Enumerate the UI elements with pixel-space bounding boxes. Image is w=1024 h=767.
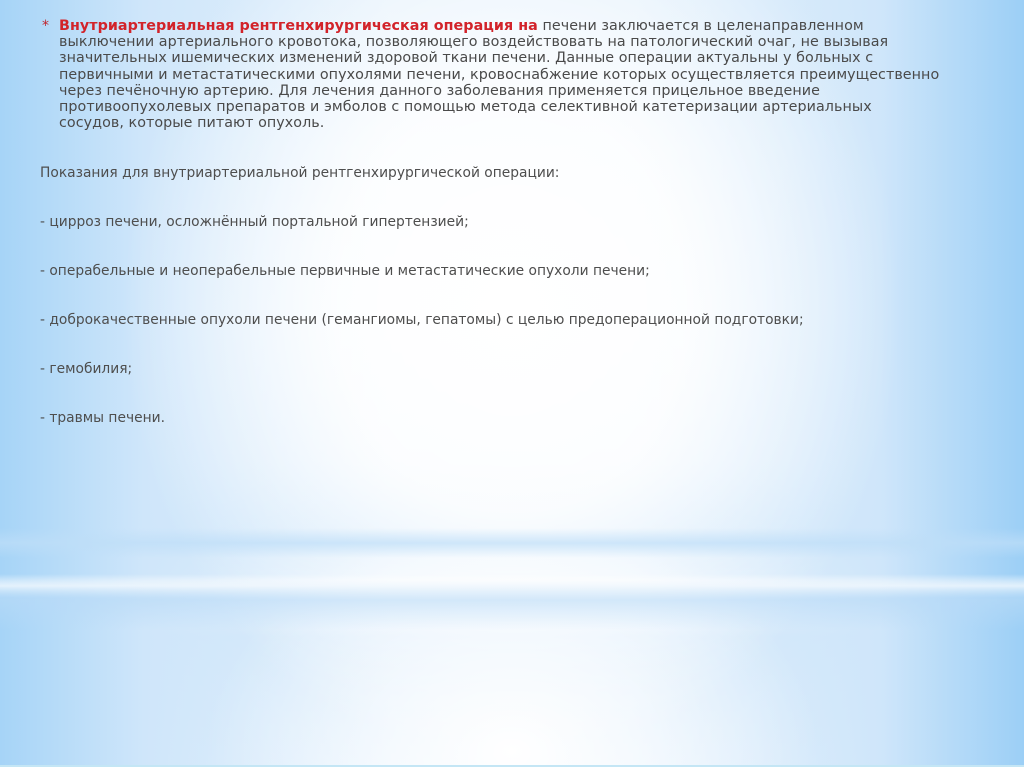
indications-list: - цирроз печени, осложнённый портальной … [40,214,940,426]
intro-body: печени заключается в целенаправленном вы… [59,18,939,131]
list-item: - операбельные и неоперабельные первичны… [40,263,940,279]
list-item: - гемобилия; [40,361,940,377]
indications-heading: Показания для внутриартериальной рентген… [40,165,940,181]
intro-lead-bold: Внутриартериальная рентгенхирургическая … [59,18,538,34]
slide-content: * Внутриартериальная рентгенхирургическа… [40,18,940,426]
list-item: - травмы печени. [40,410,940,426]
list-item: - цирроз печени, осложнённый портальной … [40,214,940,230]
asterisk-bullet-icon: * [42,18,49,34]
intro-paragraph: * Внутриартериальная рентгенхирургическа… [40,18,940,131]
list-item: - доброкачественные опухоли печени (гема… [40,312,940,328]
